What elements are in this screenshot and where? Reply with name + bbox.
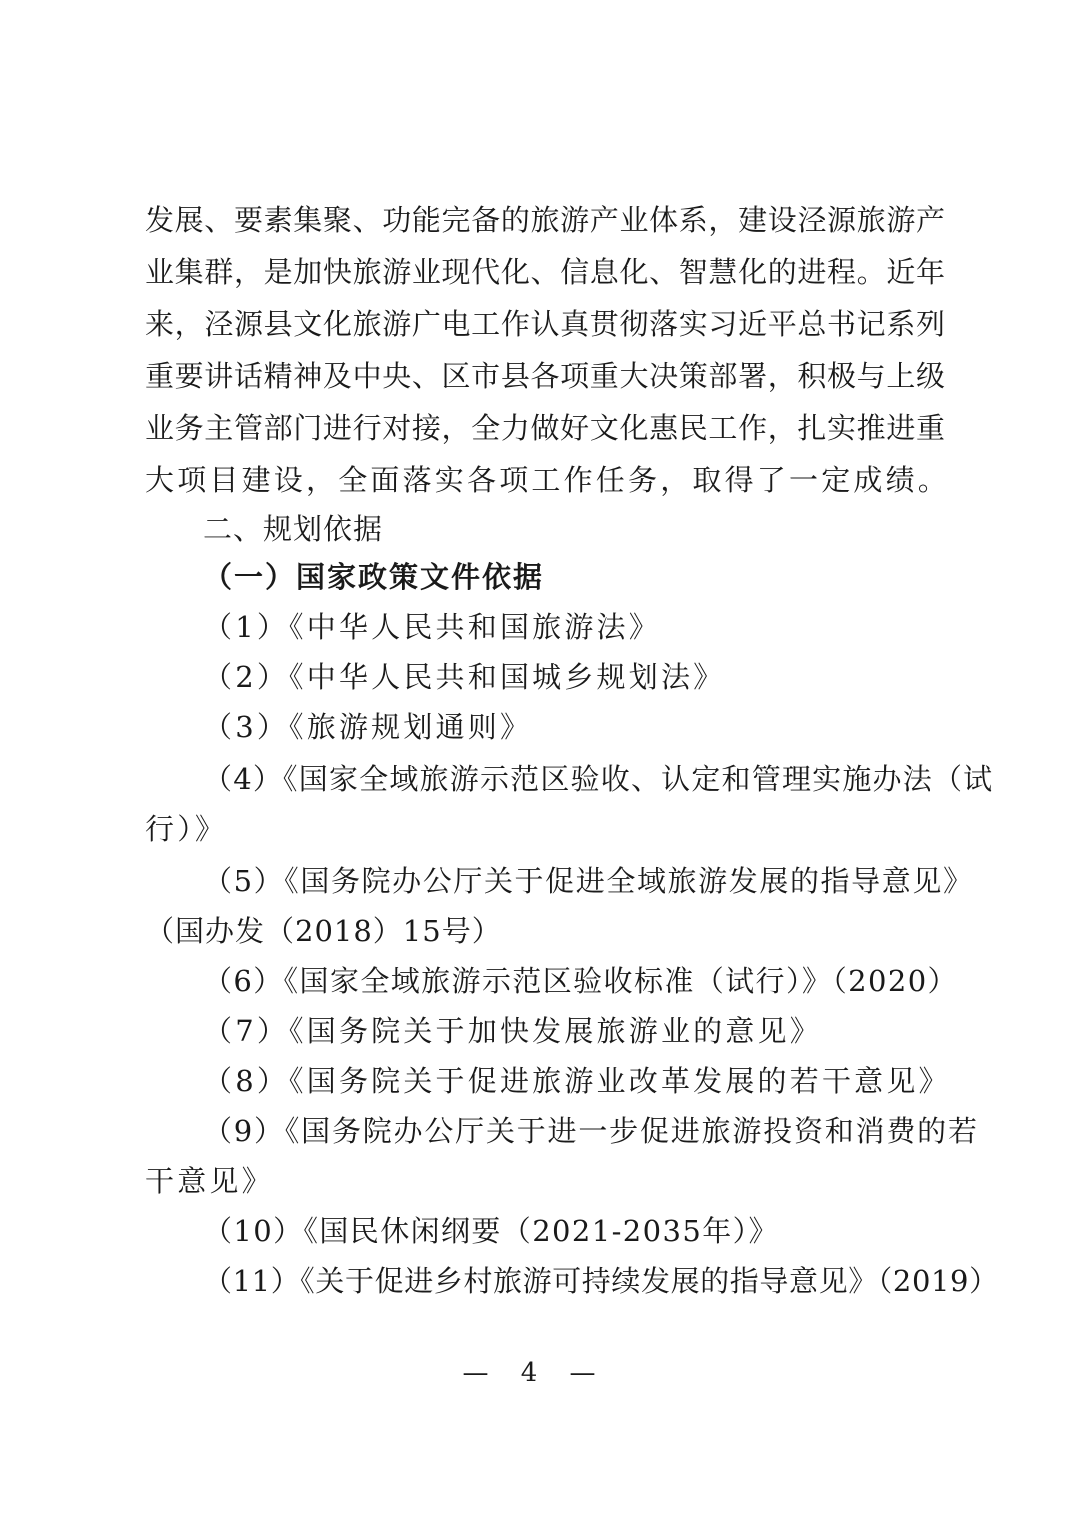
paragraph-line: 业务主管部门进行对接，全力做好文化惠民工作，扎实推进重: [145, 408, 945, 448]
list-item: （9）《国务院办公厅关于进一步促进旅游投资和消费的若: [203, 1111, 1003, 1151]
paragraph-line: 来，泾源县文化旅游广电工作认真贯彻落实习近平总书记系列: [145, 304, 945, 344]
paragraph-line: 大项目建设，全面落实各项工作任务，取得了一定成绩。: [145, 460, 945, 500]
list-item: （11）《关于促进乡村旅游可持续发展的指导意见》（2019）: [203, 1261, 1003, 1301]
list-item: （7）《国务院关于加快发展旅游业的意见》: [203, 1011, 1003, 1051]
subsection-heading: （一）国家政策文件依据: [203, 557, 1003, 597]
list-item: （8）《国务院关于促进旅游业改革发展的若干意见》: [203, 1061, 1003, 1101]
section-heading: 二、规划依据: [203, 509, 1003, 549]
list-item-continuation: 行）》: [145, 809, 945, 849]
list-item: （2）《中华人民共和国城乡规划法》: [203, 657, 1003, 697]
list-item: （6）《国家全域旅游示范区验收标准（试行）》（2020）: [203, 961, 1003, 1001]
paragraph-line: 业集群，是加快旅游业现代化、信息化、智慧化的进程。近年: [145, 252, 945, 292]
list-item: （4）《国家全域旅游示范区验收、认定和管理实施办法（试: [203, 759, 1003, 799]
paragraph-line: 发展、要素集聚、功能完备的旅游产业体系，建设泾源旅游产: [145, 200, 945, 240]
document-page: 发展、要素集聚、功能完备的旅游产业体系，建设泾源旅游产 业集群，是加快旅游业现代…: [0, 0, 1070, 1515]
list-item: （10）《国民休闲纲要（2021-2035年）》: [203, 1211, 1003, 1251]
page-number: — 4 —: [0, 1358, 1070, 1388]
list-item: （1）《中华人民共和国旅游法》: [203, 607, 1003, 647]
list-item: （3）《旅游规划通则》: [203, 707, 1003, 747]
list-item: （5）《国务院办公厅关于促进全域旅游发展的指导意见》: [203, 861, 1003, 901]
list-item-continuation: （国办发（2018）15号）: [145, 911, 945, 951]
list-item-continuation: 干意见》: [145, 1161, 945, 1201]
paragraph-line: 重要讲话精神及中央、区市县各项重大决策部署，积极与上级: [145, 356, 945, 396]
